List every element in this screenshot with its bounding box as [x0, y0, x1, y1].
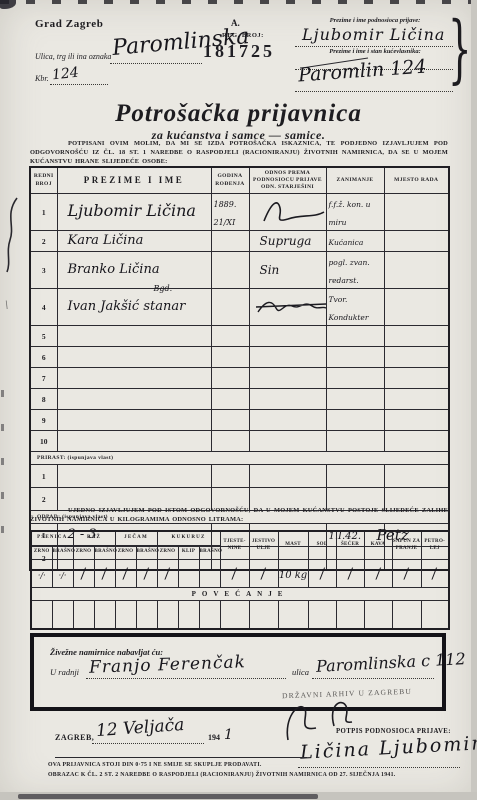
supplies-tbody: ·/··/·///////10 kg/////POVEĆANJE: [31, 560, 449, 630]
landlord-label: Prezime i ime i stan kućevlasnika:: [295, 48, 455, 55]
footer-rule: [55, 757, 307, 758]
signature-flourish: [282, 698, 362, 742]
cell-relation: [249, 289, 326, 326]
row-number: 4: [30, 289, 57, 326]
form-title: Potrošačka prijavnica: [0, 100, 477, 128]
scanned-form-page: \ Grad Zagreb Ulica, trg ili ina oznaka …: [0, 0, 477, 800]
cell-name: Kara Ličina: [57, 231, 211, 252]
supplies-empty-cell: [136, 601, 157, 630]
cell-birth: [211, 252, 249, 289]
scan-artifact-margin-dashes: [1, 390, 4, 550]
supplies-group-header: PŠENICA: [31, 531, 73, 546]
supplies-value-cell: /: [308, 560, 336, 588]
handwritten-slash: /: [319, 565, 325, 581]
applicant-handwritten-name: Ljubomir Ličina: [302, 25, 445, 44]
cell-relation: [249, 368, 326, 389]
handwritten-note: Bgd.: [154, 284, 173, 293]
date-handwritten: 12 Veljača: [95, 715, 184, 741]
supplies-column-header: ŠEĆER: [336, 531, 364, 560]
handwritten-flourish: [258, 199, 328, 225]
row-number: 1: [30, 465, 57, 488]
cell-workplace: [384, 410, 449, 431]
supplies-value-cell: /: [115, 560, 136, 588]
handwritten-slash: /: [122, 565, 128, 581]
handwritten-birth: 1889. 21/XI: [214, 200, 237, 227]
year-handwritten: 1: [224, 727, 233, 743]
prirast-band: PRIRAST: (ispunjava vlast): [30, 452, 449, 465]
supplies-value-cell: /: [336, 560, 364, 588]
supplies-table: PŠENICARAŽJEČAMKUKURUZTJESTE-NINEJESTIVO…: [30, 530, 450, 630]
shop-street-line: [312, 677, 434, 679]
row-number: 9: [30, 410, 57, 431]
supplies-value-cell: /: [392, 560, 421, 588]
cell-occupation: Tvor. Kondukter: [326, 289, 384, 326]
cell-name: [57, 410, 211, 431]
cell-occupation: Kućanica: [326, 231, 384, 252]
cell-workplace: [384, 368, 449, 389]
cell-birth: [211, 465, 249, 488]
handwritten-occupation: Kućanica: [329, 238, 364, 247]
handwritten-relation: Sin: [260, 263, 280, 277]
person-row: 3Branko LičinaSinpogl. zvan. redarst.: [30, 252, 449, 289]
section-letter: A.: [231, 18, 240, 28]
footer-line-1: OVA PRIJAVNICA STOJI DIN 0·75 I NE SMIJE…: [48, 762, 262, 768]
row-number: 5: [30, 326, 57, 347]
supplies-empty-cell: [73, 601, 94, 630]
supplies-value-cell: 10 kg: [278, 560, 308, 588]
cell-name: Ivan Jakšić stanarBgd.: [57, 289, 211, 326]
handwritten-occupation: pogl. zvan. redarst.: [329, 258, 370, 285]
supplies-value-cell: /: [136, 560, 157, 588]
supplies-empty-cell: [392, 601, 421, 630]
person-row: 2Kara LičinaSuprugaKućanica: [30, 231, 449, 252]
row-number: 7: [30, 368, 57, 389]
cell-relation: Supruga: [249, 231, 326, 252]
city-name: Grad Zagreb: [35, 18, 103, 30]
supplies-value-cell: /: [364, 560, 392, 588]
cell-workplace: [384, 194, 449, 231]
supplies-empty-cell: [178, 601, 199, 630]
supplies-values-row: ·/··/·///////10 kg/////: [31, 560, 449, 588]
supplies-empty-cell: [336, 601, 364, 630]
cell-relation: [249, 389, 326, 410]
supplies-value-cell: /: [73, 560, 94, 588]
handwritten-amount: ·/·: [59, 571, 67, 580]
cell-name: Branko Ličina: [57, 252, 211, 289]
cell-name: [57, 368, 211, 389]
supplies-column-header: SOL: [308, 531, 336, 560]
cell-relation: [249, 347, 326, 368]
cell-occupation: [326, 389, 384, 410]
person-row: 1Ljubomir Ličina1889. 21/XIf.f.ž. kon. u…: [30, 194, 449, 231]
row-number: 6: [30, 347, 57, 368]
col-header-occupation: ZANIMANJE: [326, 167, 384, 194]
person-row: 10: [30, 431, 449, 452]
place-label: ZAGREB,: [55, 733, 94, 742]
intro-paragraph: POTPISANI OVIM MOLIM, DA MI SE IZDA POTR…: [30, 140, 448, 167]
handwritten-slash: /: [101, 565, 107, 581]
supplies-sub-header: ZRNO: [31, 546, 52, 560]
street-line: [110, 62, 202, 64]
handwritten-slash: /: [375, 565, 381, 581]
supplies-empty-cell: [157, 601, 178, 630]
kbr-label: Kbr.: [35, 74, 49, 83]
street-label: Ulica, trg ili ina oznaka: [35, 52, 111, 61]
supplies-sub-header: ZRNO: [157, 546, 178, 560]
supplies-group-header: RAŽ: [73, 531, 115, 546]
supplies-empty-cell: [249, 601, 278, 630]
col-header-num: REDNI BROJ: [30, 167, 57, 194]
person-row: 7: [30, 368, 449, 389]
supplies-value-cell: /: [94, 560, 115, 588]
shop-radnji-label: U radnji: [50, 667, 79, 677]
supplies-column-header: PETRO-LEJ: [421, 531, 449, 560]
supplies-empty-row: [31, 601, 449, 630]
cell-birth: [211, 289, 249, 326]
reg-number-label: REG. BROJ:: [222, 32, 264, 39]
scan-artifact-margin-mark: \: [5, 300, 8, 311]
shop-name-line: [86, 677, 286, 679]
cell-workplace: [384, 326, 449, 347]
cell-birth: [211, 410, 249, 431]
supplies-group-header: KUKURUZ: [157, 531, 220, 546]
supplies-empty-cell: [94, 601, 115, 630]
supplies-value-cell: /: [220, 560, 249, 588]
cell-workplace: [384, 289, 449, 326]
cell-workplace: [384, 347, 449, 368]
person-row: 9: [30, 410, 449, 431]
cell-relation: [249, 194, 326, 231]
year-printed: 194: [208, 733, 220, 742]
supplies-sub-header: BRAŠNO: [136, 546, 157, 560]
cell-occupation: [326, 326, 384, 347]
cell-occupation: [326, 465, 384, 488]
cell-relation: [249, 326, 326, 347]
row-number: 10: [30, 431, 57, 452]
handwritten-slash: /: [231, 565, 237, 581]
handwritten-amount: ·/·: [38, 571, 46, 580]
scan-artifact-margin-flourish: [1, 196, 21, 274]
persons-header-row: REDNI BROJ PREZIME I IME GODINA ROĐENJA …: [30, 167, 449, 194]
supplies-group-header: JEČAM: [115, 531, 157, 546]
supplies-column-header: KAVA: [364, 531, 392, 560]
handwritten-relation: Supruga: [260, 234, 312, 248]
cell-birth: [211, 231, 249, 252]
handwritten-occupation: Tvor. Kondukter: [329, 295, 369, 322]
date-line: [92, 742, 204, 744]
supplies-empty-cell: [278, 601, 308, 630]
handwritten-name: Branko Ličina: [68, 262, 160, 277]
supplies-sub-header: ZRNO: [73, 546, 94, 560]
footer-line-2: OBRAZAC K ČL. 2 ST. 2 NAREDBE O RASPODJE…: [48, 772, 396, 778]
handwritten-slash: /: [143, 565, 149, 581]
cell-occupation: [326, 410, 384, 431]
handwritten-name: Ivan Jakšić stanar: [68, 299, 186, 314]
col-header-birth: GODINA ROĐENJA: [211, 167, 249, 194]
col-header-relation: ODNOS PREMA PODNOSIOCU PRIJAVE ODN. STAR…: [249, 167, 326, 194]
supplies-sub-header: KLIP: [178, 546, 199, 560]
person-row: 5: [30, 326, 449, 347]
shop-handwritten-name: Franjo Ferenčak: [89, 652, 247, 677]
handwritten-occupation: f.f.ž. kon. u miru: [329, 200, 371, 227]
shop-handwritten-street: Paromlinska c 112: [316, 649, 466, 676]
supplies-column-header: TJESTE-NINE: [220, 531, 249, 560]
supplies-empty-cell: [421, 601, 449, 630]
handwritten-slash: /: [260, 565, 266, 581]
cell-occupation: [326, 347, 384, 368]
cell-occupation: [326, 431, 384, 452]
supplies-sub-header: BRAŠNO: [199, 546, 220, 560]
cell-name: [57, 389, 211, 410]
cell-birth: 1889. 21/XI: [211, 194, 249, 231]
cell-occupation: f.f.ž. kon. u miru: [326, 194, 384, 231]
supplies-value-cell: [178, 560, 199, 588]
supplies-value-cell: ·/·: [52, 560, 73, 588]
cell-birth: [211, 431, 249, 452]
handwritten-scribble: [254, 296, 328, 318]
cell-workplace: [384, 231, 449, 252]
brace-mark: }: [448, 6, 472, 92]
cell-relation: [249, 465, 326, 488]
supplies-thead: PŠENICARAŽJEČAMKUKURUZTJESTE-NINEJESTIVO…: [31, 531, 449, 560]
supplies-value-cell: /: [421, 560, 449, 588]
row-number: 3: [30, 252, 57, 289]
signature-line: [298, 766, 460, 768]
supplies-value-cell: /: [249, 560, 278, 588]
person-row: 1: [30, 465, 449, 488]
cell-occupation: [326, 368, 384, 389]
supplies-empty-cell: [52, 601, 73, 630]
supplies-sub-header: ZRNO: [115, 546, 136, 560]
cell-name: Ljubomir Ličina: [57, 194, 211, 231]
scan-artifact-corner-blob: [0, 0, 16, 9]
supplies-sub-header: BRAŠNO: [52, 546, 73, 560]
landlord-line-2: [295, 90, 453, 92]
scan-artifact-bottom-smudge: [18, 794, 318, 799]
handwritten-slash: /: [347, 565, 353, 581]
supplies-column-header: JESTIVO ULJE: [249, 531, 278, 560]
povecanje-label: POVEĆANJE: [31, 588, 449, 601]
cell-workplace: [384, 389, 449, 410]
supplies-column-header: MAST: [278, 531, 308, 560]
supplies-paragraph: UJEDNO IZJAVLJUJEM POD ISTOM ODGOVORNOŠĆ…: [30, 507, 448, 525]
supplies-sub-header: BRAŠNO: [94, 546, 115, 560]
supplies-value-cell: /: [157, 560, 178, 588]
row-number: 8: [30, 389, 57, 410]
handwritten-slash: /: [80, 565, 86, 581]
supplies-value-cell: ·/·: [31, 560, 52, 588]
cell-birth: [211, 389, 249, 410]
cell-relation: [249, 431, 326, 452]
handwritten-name: Kara Ličina: [68, 233, 144, 248]
col-header-work: MJESTO RADA: [384, 167, 449, 194]
cell-name: [57, 326, 211, 347]
handwritten-slash: /: [403, 565, 409, 581]
cell-birth: [211, 326, 249, 347]
supplies-empty-cell: [308, 601, 336, 630]
cell-relation: Sin: [249, 252, 326, 289]
supplies-value-cell: [199, 560, 220, 588]
row-number: 1: [30, 194, 57, 231]
col-header-name: PREZIME I IME: [57, 167, 211, 194]
handwritten-slash: /: [432, 565, 438, 581]
supplies-empty-cell: [220, 601, 249, 630]
applicant-line: [295, 45, 453, 47]
supplies-empty-cell: [115, 601, 136, 630]
supplies-empty-cell: [31, 601, 52, 630]
person-row: 4Ivan Jakšić stanarBgd.Tvor. Kondukter: [30, 289, 449, 326]
cell-name: [57, 347, 211, 368]
reg-number-stamp: 181725: [203, 41, 275, 62]
cell-name: [57, 465, 211, 488]
scan-artifact-bottom-band: [0, 792, 477, 800]
povecanje-band: POVEĆANJE: [31, 588, 449, 601]
supplies-column-header: SAPUN ZA PRANJE: [392, 531, 421, 560]
cell-birth: [211, 368, 249, 389]
shop-box: Živežne namirnice nabavljat ću: U radnji…: [30, 633, 446, 711]
prirast-band-label: PRIRAST: (ispunjava vlast): [30, 452, 449, 465]
cell-relation: [249, 410, 326, 431]
cell-occupation: pogl. zvan. redarst.: [326, 252, 384, 289]
scan-artifact-top-edge: [0, 0, 477, 4]
person-row: 6: [30, 347, 449, 368]
supplies-empty-cell: [364, 601, 392, 630]
handwritten-name: Ljubomir Ličina: [68, 201, 196, 220]
row-number: 2: [30, 231, 57, 252]
handwritten-slash: /: [164, 565, 170, 581]
cell-workplace: [384, 465, 449, 488]
shop-street-label: ulica: [292, 667, 309, 677]
cell-workplace: [384, 252, 449, 289]
cell-birth: [211, 347, 249, 368]
supplies-group-header-row: PŠENICARAŽJEČAMKUKURUZTJESTE-NINEJESTIVO…: [31, 531, 449, 546]
kbr-handwritten-value: 124: [51, 65, 79, 84]
cell-name: [57, 431, 211, 452]
person-row: 8: [30, 389, 449, 410]
supplies-empty-cell: [199, 601, 220, 630]
kbr-line: [50, 83, 108, 85]
applicant-label: Prezime i ime podnosioca prijave:: [295, 17, 455, 24]
handwritten-amount: 10 kg: [279, 570, 307, 581]
cell-workplace: [384, 431, 449, 452]
